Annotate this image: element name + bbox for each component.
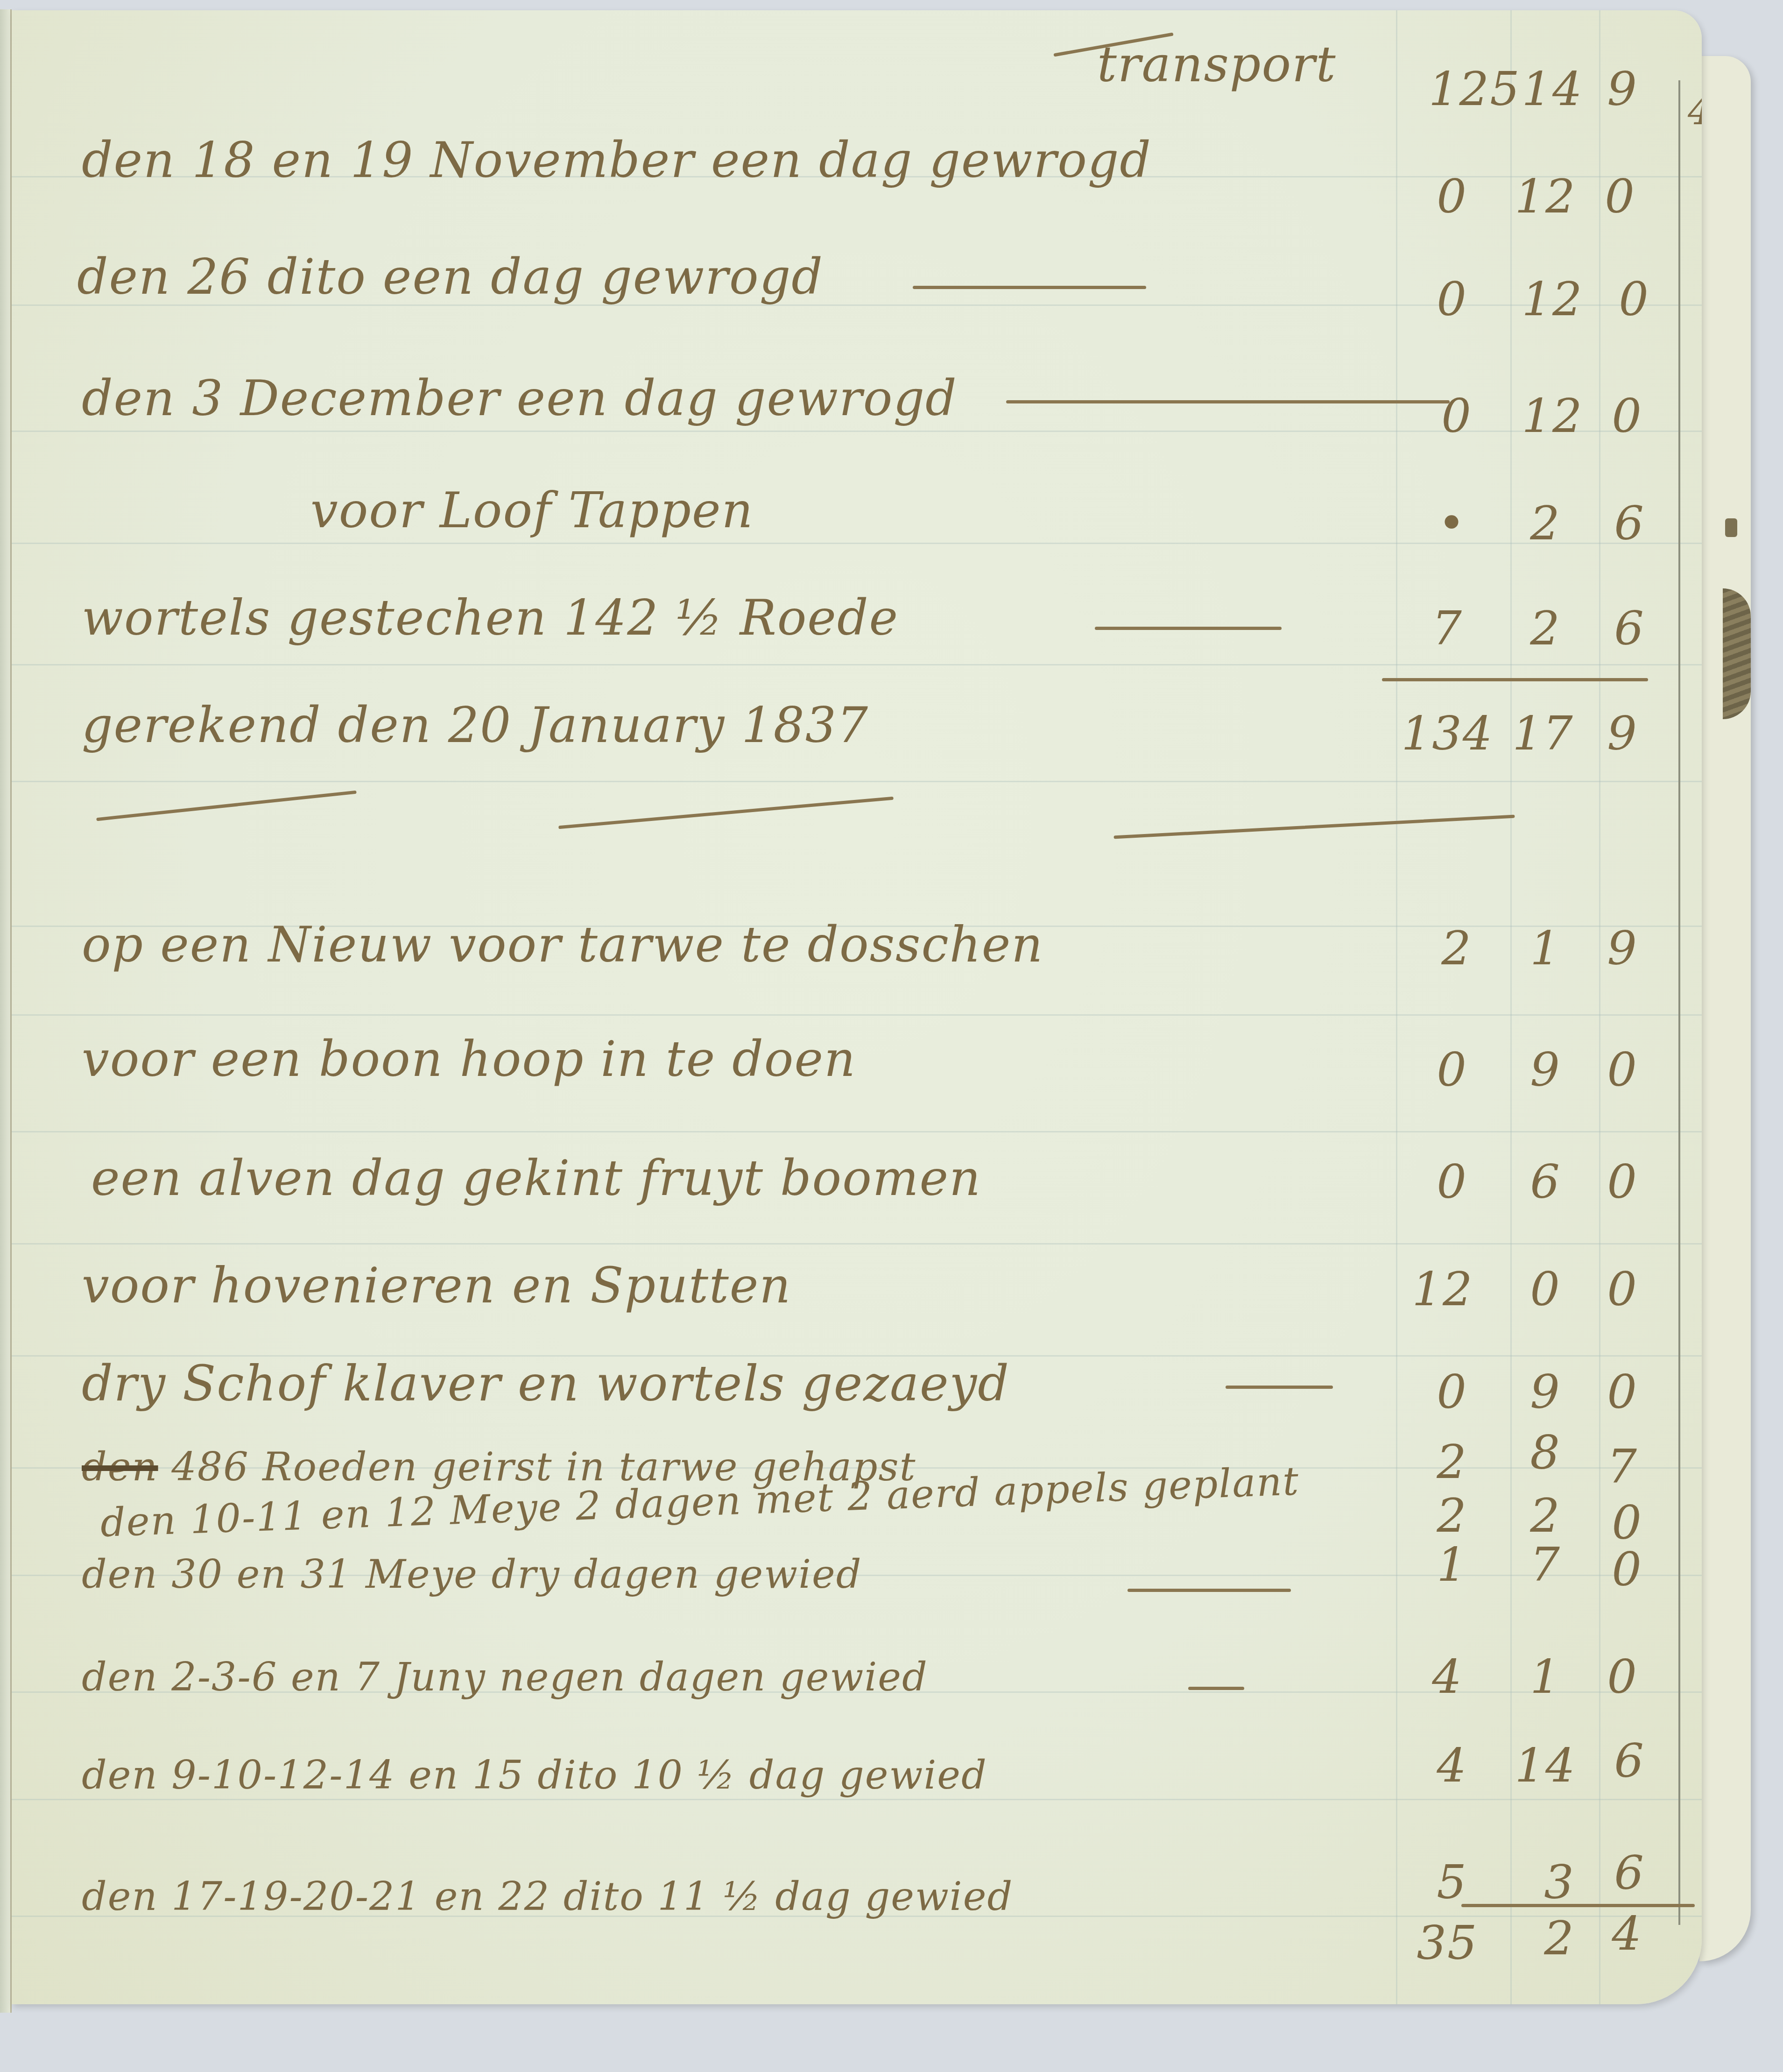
entry-amount-b: 6 [1510,1154,1580,1209]
entry-amount-a: 4 [1417,1738,1487,1793]
entry-amount-b: 12 [1517,389,1587,443]
entry-description: een alven dag gekint fruyt boomen [91,1150,981,1207]
entry-amount-a: 2 [1417,1435,1487,1489]
entry-amount-a: 7 [1412,601,1482,656]
reckoned-date-text: gerekend den 20 January 1837 [82,697,869,754]
entry-amount-c: 0 [1587,1262,1657,1316]
entry-amount-a: 0 [1417,1154,1487,1209]
entry-amount-b: 8 [1510,1425,1580,1480]
total-amount-a: 134 [1401,706,1494,761]
entry-amount-b: 14 [1510,1738,1580,1793]
final-total-a: 35 [1401,1916,1494,1970]
entry-description: den 17-19-20-21 en 22 dito 11 ½ dag gewi… [82,1874,1013,1919]
back-pages-edge [1699,56,1751,1961]
entry-amount-c: 6 [1594,1733,1664,1788]
section-divider [1113,815,1515,839]
total-amount-b: 17 [1508,706,1578,761]
entry-amount-c: 0 [1587,1154,1657,1209]
entry-amount-a: 12 [1408,1262,1478,1316]
subtotal-rule [1382,678,1648,681]
entry-amount-b: 12 [1510,169,1580,224]
entry-amount-b: 3 [1524,1855,1594,1909]
entry-amount-c: 0 [1585,169,1655,224]
ruled-line [12,1799,1702,1800]
entry-amount-c: 9 [1587,921,1657,976]
final-total-c: 4 [1592,1906,1662,1961]
filler-dash [1006,400,1450,403]
filler-dash [1128,1589,1291,1592]
entry-amount-b: 9 [1510,1042,1580,1097]
entry-amount-c: 0 [1599,272,1669,326]
binding-thread-knot [1725,518,1737,537]
ledger-page: transport 125 14 9 4 den 18 en 19 Novemb… [12,10,1702,2004]
entry-amount-b: 1 [1510,921,1580,976]
entry-amount-b: 2 [1510,601,1580,656]
entry-amount-b: 7 [1510,1537,1580,1592]
entry-amount-b: 9 [1510,1365,1580,1419]
entry-amount-c: 6 [1594,1846,1664,1900]
entry-amount-c: 6 [1594,496,1664,551]
entry-description: voor Loof Tappen [310,482,754,539]
entry-description: den 26 dito een dag gewrogd [77,248,824,305]
entry-description: wortels gestechen 142 ½ Roede [82,589,899,646]
filler-dash [1188,1687,1244,1690]
entry-description: voor hovenieren en Sputten [82,1257,791,1314]
transport-label: transport [1097,36,1337,93]
entry-amount-a: 2 [1417,1488,1487,1543]
entry-amount-a: 2 [1422,921,1492,976]
ruled-line [12,1014,1702,1016]
ruled-line [12,1131,1702,1132]
entry-amount-c: 0 [1592,1542,1662,1597]
entry-amount-c: 0 [1587,1365,1657,1419]
entry-amount-b: 0 [1510,1262,1580,1316]
ruled-line [12,664,1702,665]
ledger-column-line [1396,10,1397,2004]
filler-dash [913,286,1146,289]
entry-amount-b: 1 [1510,1649,1580,1704]
transport-amount-a: 125 [1429,62,1499,116]
transport-amount-b: 14 [1517,62,1587,116]
entry-amount-b: 2 [1510,496,1580,551]
ledger-column-line [1510,10,1512,2004]
entry-amount-c: 0 [1587,1042,1657,1097]
entry-description: den 9-10-12-14 en 15 dito 10 ½ dag gewie… [82,1752,987,1798]
section-divider [558,797,894,829]
entry-amount-c: 0 [1592,389,1662,443]
struck-word: den [82,1444,158,1490]
ruled-line [12,1243,1702,1245]
entry-amount-a: 0 [1422,389,1492,443]
entry-amount-a: • [1417,496,1487,551]
transport-amount-c: 9 [1587,62,1657,116]
entry-description: den 30 en 31 Meye dry dagen gewied [82,1551,862,1597]
filler-dash [1095,627,1282,630]
binding-thread [1723,588,1751,719]
entry-description: den 18 en 19 November een dag gewrogd [82,132,1152,189]
entry-description: den 2-3-6 en 7 Juny negen dagen gewied [82,1654,928,1700]
entry-amount-c: 0 [1587,1649,1657,1704]
page-edge-line [1678,80,1680,1925]
section-divider [96,791,357,821]
entry-amount-a: 0 [1417,1042,1487,1097]
filler-dash [1226,1386,1333,1389]
entry-amount-b: 12 [1517,272,1587,326]
entry-amount-c: 6 [1594,601,1664,656]
entry-description: dry Schof klaver en wortels gezaeyd [82,1355,1010,1412]
entry-description: op een Nieuw voor tarwe te dosschen [82,916,1043,973]
ruled-line [12,781,1702,782]
adjacent-page-gutter [0,9,12,2013]
entry-amount-a: 0 [1417,1365,1487,1419]
entry-description: den 3 December een dag gewrogd [82,370,958,427]
entry-amount-c: 7 [1587,1439,1657,1494]
entry-description: voor een boon hoop in te doen [82,1031,856,1088]
entry-amount-a: 0 [1417,272,1487,326]
margin-mark: 4 [1688,90,1702,133]
total-amount-c: 9 [1587,706,1657,761]
entry-amount-a: 5 [1417,1855,1487,1909]
entry-amount-a: 4 [1412,1649,1482,1704]
final-total-b: 2 [1524,1911,1594,1966]
entry-amount-a: 1 [1417,1537,1487,1592]
entry-amount-b: 2 [1510,1488,1580,1543]
entry-amount-a: 0 [1417,169,1487,224]
